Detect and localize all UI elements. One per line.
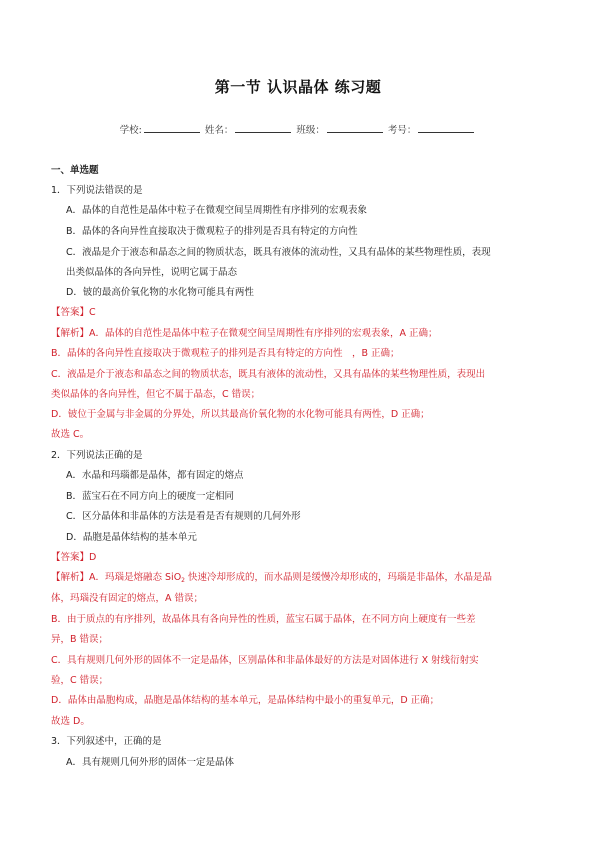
question-2-analysis-line: 故选 D。 — [51, 713, 90, 727]
question-1-analysis-line: B．晶体的各向异性直接取决于微观粒子的排列是否具有特定的方向性 ，B 正确； — [51, 345, 400, 359]
question-2-analysis-line: B．由于质点的有序排列，故晶体具有各向异性的性质，蓝宝石属于晶体，在不同方向上硬… — [51, 611, 476, 625]
question-2-analysis-line: 验，C 错误； — [51, 672, 108, 686]
question-2-stem: 2．下列说法正确的是 — [51, 447, 143, 461]
question-2-answer: 【答案】D — [51, 549, 96, 563]
class-label: 班级： — [296, 125, 325, 136]
question-1-answer: 【答案】C — [51, 304, 96, 318]
question-1-analysis-line: D．铍位于金属与非金属的分界处，所以其最高价氧化物的水化物可能具有两性，D 正确… — [51, 406, 430, 420]
question-2-analysis-first-line: 【解析】A．玛瑙是熔融态 SiO2 快速冷却形成的，而水晶则是缓慢冷却形成的，玛… — [51, 569, 492, 584]
question-1-stem: 1．下列说法错误的是 — [51, 182, 143, 196]
question-2-option-c: C．区分晶体和非晶体的方法是看是否有规则的几何外形 — [66, 508, 301, 522]
analysis-text: 【解析】A．玛瑙是熔融态 SiO — [51, 572, 181, 583]
question-2-option-d: D．晶胞是晶体结构的基本单元 — [66, 529, 197, 543]
question-1-analysis-line: 【解析】A．晶体的自范性是晶体中粒子在微观空间呈周期性有序排列的宏观表象，A 正… — [51, 325, 438, 339]
section-heading: 一、单选题 — [51, 162, 99, 176]
question-1-analysis-line: 故选 C。 — [51, 426, 89, 440]
question-1-option-c: C．液晶是介于液态和晶态之间的物质状态，既具有液体的流动性，又具有晶体的某些物理… — [66, 244, 491, 258]
school-blank — [144, 124, 200, 133]
question-1-analysis-line: C．液晶是介于液态和晶态之间的物质状态，既具有液体的流动性，又具有晶体的某些物理… — [51, 366, 485, 380]
question-1-option-c-cont: 出类似晶体的各向异性，说明它属于晶态 — [66, 264, 237, 278]
question-2-analysis-line: 异，B 错误； — [51, 631, 108, 645]
question-2-analysis-line: C．具有规则几何外形的固体不一定是晶体，区别晶体和非晶体最好的方法是对固体进行 … — [51, 652, 479, 666]
question-2-option-a: A．水晶和玛瑙都是晶体，都有固定的熔点 — [66, 467, 244, 481]
exam-number-blank — [418, 124, 474, 133]
question-1-option-a: A．晶体的自范性是晶体中粒子在微观空间呈周期性有序排列的宏观表象 — [66, 202, 367, 216]
question-1-analysis-line: 类似晶体的各向异性，但它不属于晶态，C 错误； — [51, 386, 260, 400]
question-1-option-b: B．晶体的各向异性直接取决于微观粒子的排列是否具有特定的方向性 — [66, 223, 358, 237]
question-3-stem: 3．下列叙述中，正确的是 — [51, 733, 162, 747]
class-blank — [327, 124, 383, 133]
question-2-analysis-line: D．晶体由晶胞构成，晶胞是晶体结构的基本单元，是晶体结构中最小的重复单元，D 正… — [51, 692, 439, 706]
name-label: 姓名： — [205, 125, 234, 136]
question-3-option-a: A．具有规则几何外形的固体一定是晶体 — [66, 754, 234, 768]
student-info-line: 学校: 姓名： 班级： 考号： — [0, 122, 596, 136]
question-2-option-b: B．蓝宝石在不同方向上的硬度一定相同 — [66, 488, 234, 502]
document-title: 第一节 认识晶体 练习题 — [0, 76, 596, 97]
analysis-text: 快速冷却形成的，而水晶则是缓慢冷却形成的，玛瑙是非晶体，水晶是晶 — [185, 572, 492, 583]
question-1-option-d: D．铍的最高价氧化物的水化物可能具有两性 — [66, 284, 254, 298]
question-2-analysis-line: 体，玛瑙没有固定的熔点，A 错误； — [51, 590, 203, 604]
name-blank — [235, 124, 291, 133]
exam-number-label: 考号： — [388, 125, 417, 136]
school-label: 学校: — [120, 125, 142, 136]
